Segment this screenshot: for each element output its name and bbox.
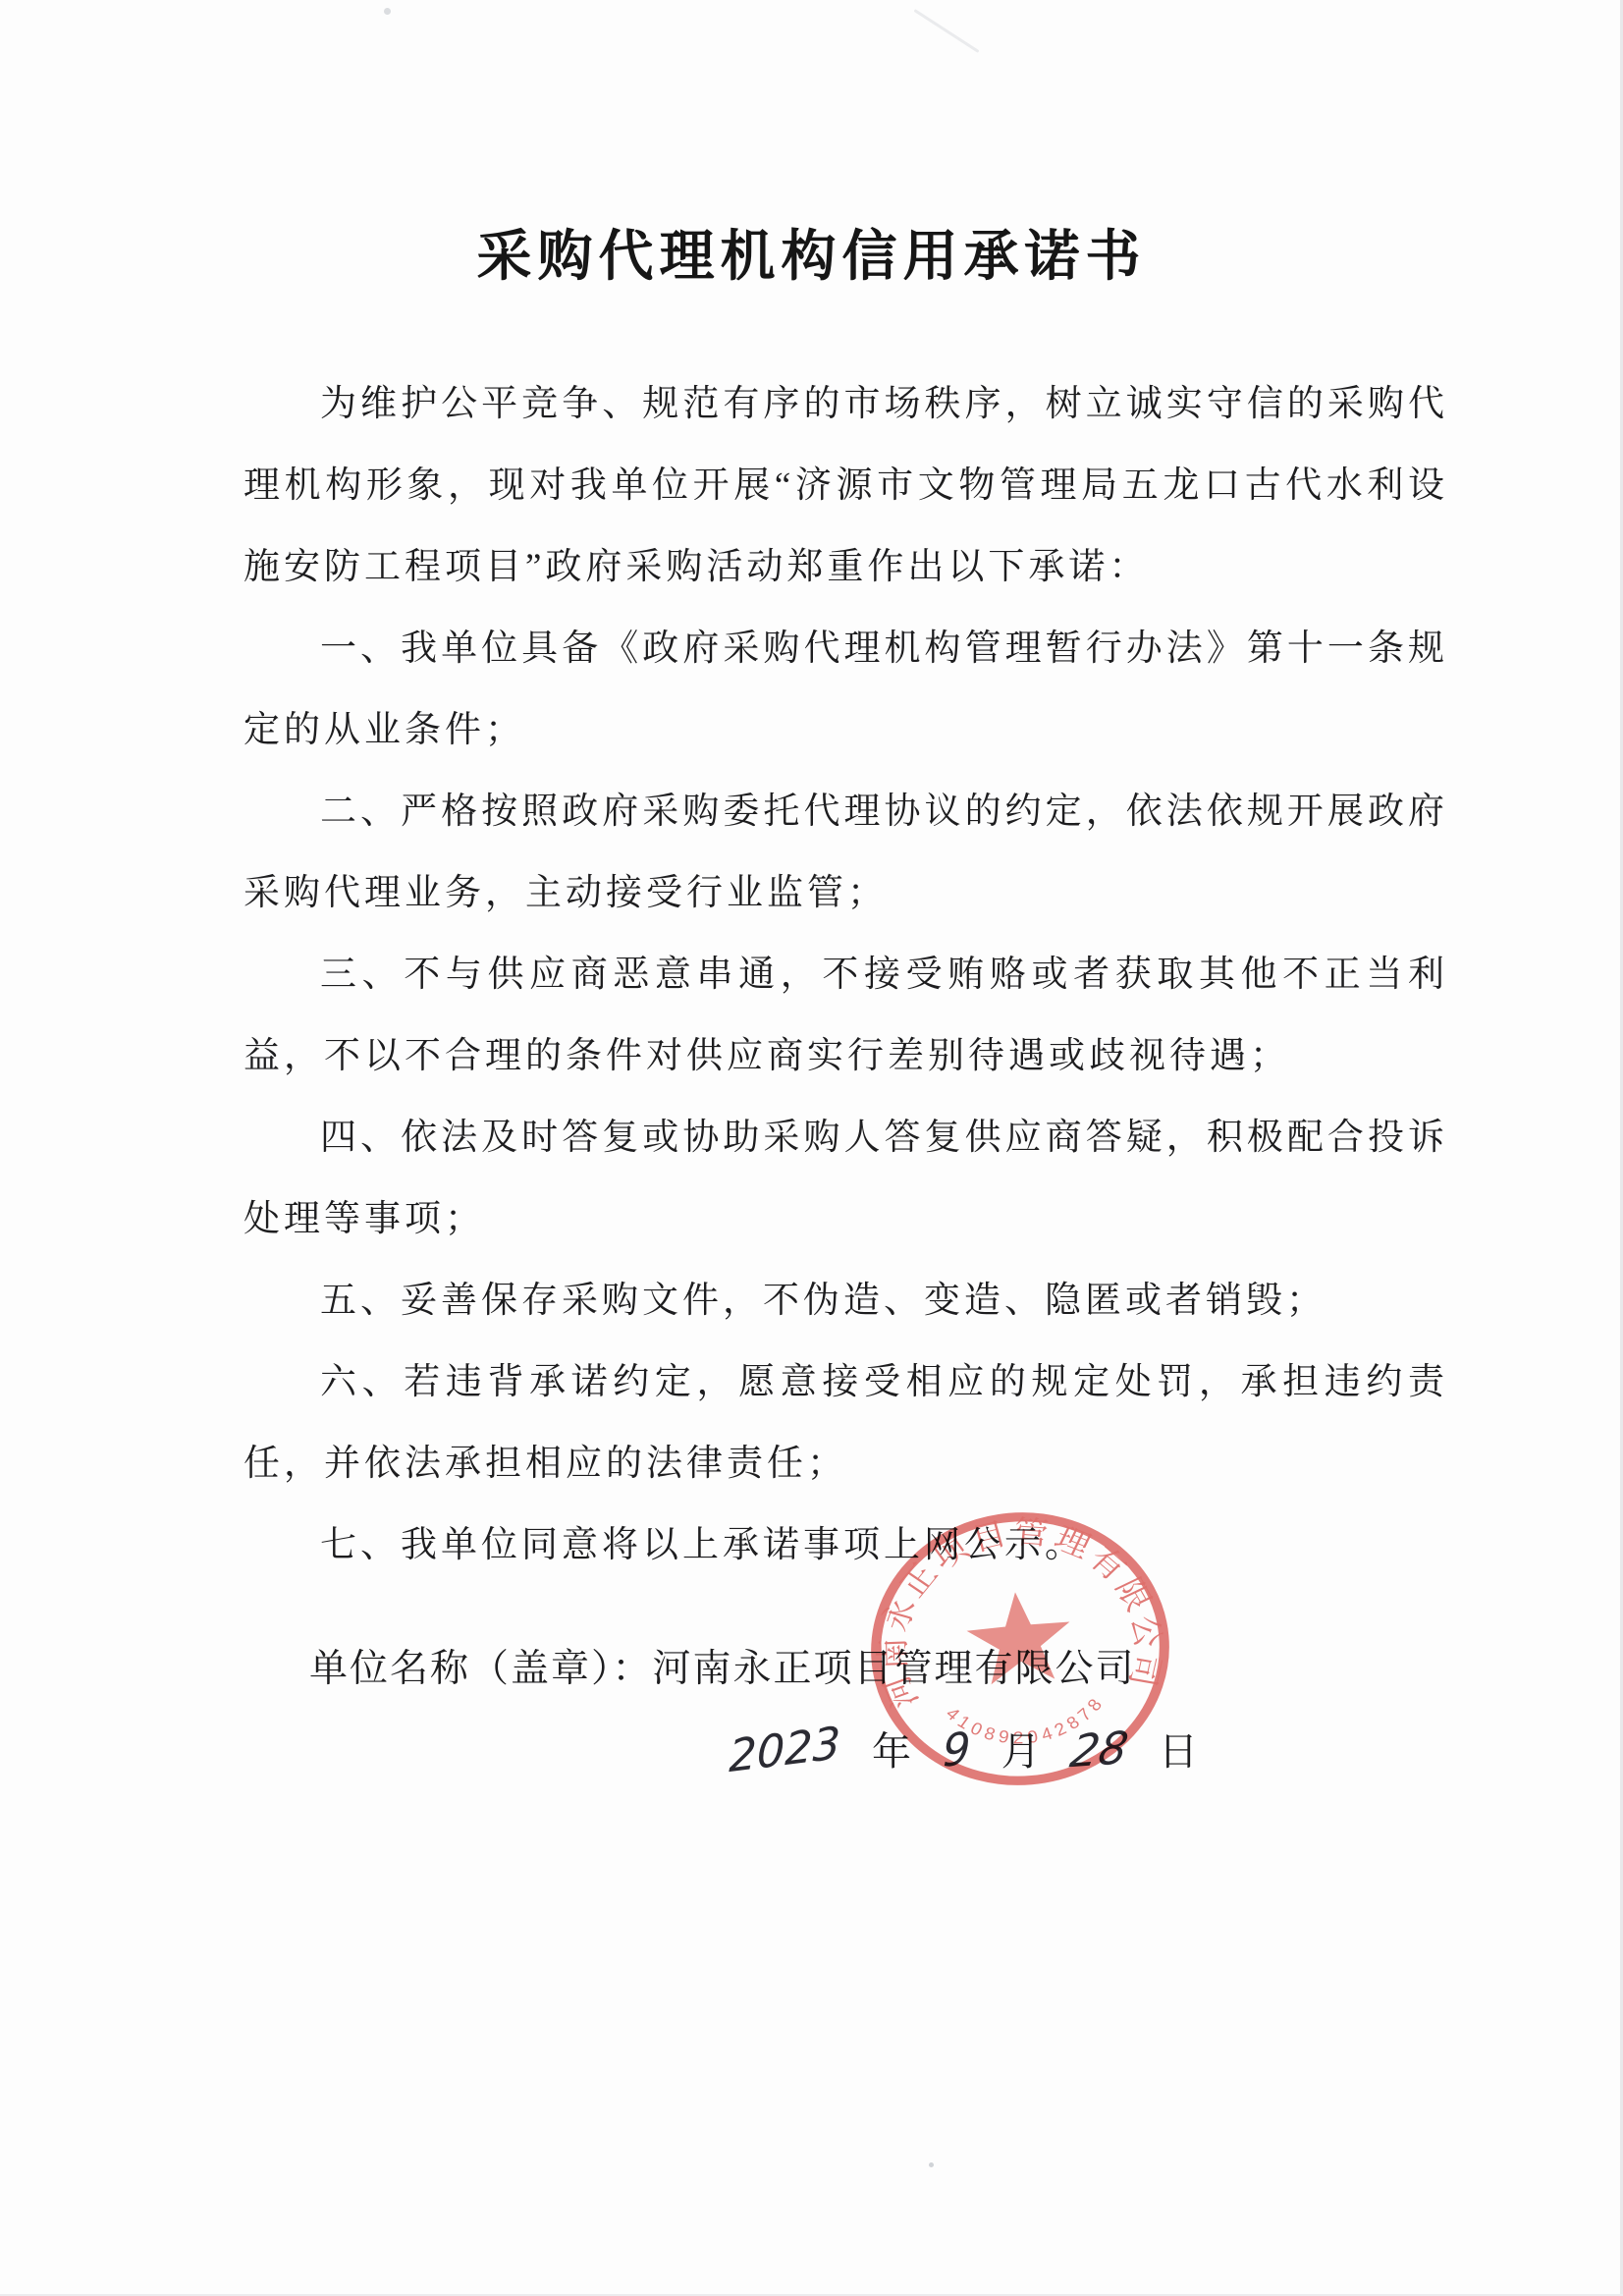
intro-paragraph: 为维护公平竞争、规范有序的市场秩序，树立诚实守信的采购代理机构形象，现对我单位开… (243, 363, 1448, 608)
signature-label: 单位名称（盖章）： (309, 1648, 653, 1690)
commitment-item-7: 七、我单位同意将以上承诺事项上网公示。 (243, 1504, 1448, 1586)
scan-speck (384, 8, 391, 15)
commitment-item-1: 一、我单位具备《政府采购代理机构管理暂行办法》第十一条规定的从业条件； (243, 608, 1448, 771)
company-seal: 河南永正项目管理有限公司 410892042878 (850, 1492, 1190, 1807)
commitment-item-4: 四、依法及时答复或协助采购人答复供应商答疑，积极配合投诉处理等事项； (243, 1097, 1448, 1260)
document-body: 为维护公平竞争、规范有序的市场秩序，树立诚实守信的采购代理机构形象，现对我单位开… (243, 363, 1448, 1586)
seal-number-text: 410892042878 (941, 1690, 1112, 1754)
page-title: 采购代理机构信用承诺书 (0, 0, 1623, 297)
seal-star-icon (964, 1588, 1075, 1686)
commitment-item-2: 二、严格按照政府采购委托代理协议的约定，依法依规开展政府采购代理业务，主动接受行… (243, 771, 1448, 934)
commitment-item-5: 五、妥善保存采购文件，不伪造、变造、隐匿或者销毁； (243, 1260, 1448, 1341)
scan-speck (929, 2162, 934, 2167)
commitment-item-3: 三、不与供应商恶意串通，不接受贿赂或者获取其他不正当利益，不以不合理的条件对供应… (243, 934, 1448, 1097)
document-page: 采购代理机构信用承诺书 为维护公平竞争、规范有序的市场秩序，树立诚实守信的采购代… (0, 0, 1623, 2296)
commitment-item-6: 六、若违背承诺约定，愿意接受相应的规定处罚，承担违约责任，并依法承担相应的法律责… (243, 1341, 1448, 1504)
handwritten-year: 2023 (729, 1717, 841, 1782)
